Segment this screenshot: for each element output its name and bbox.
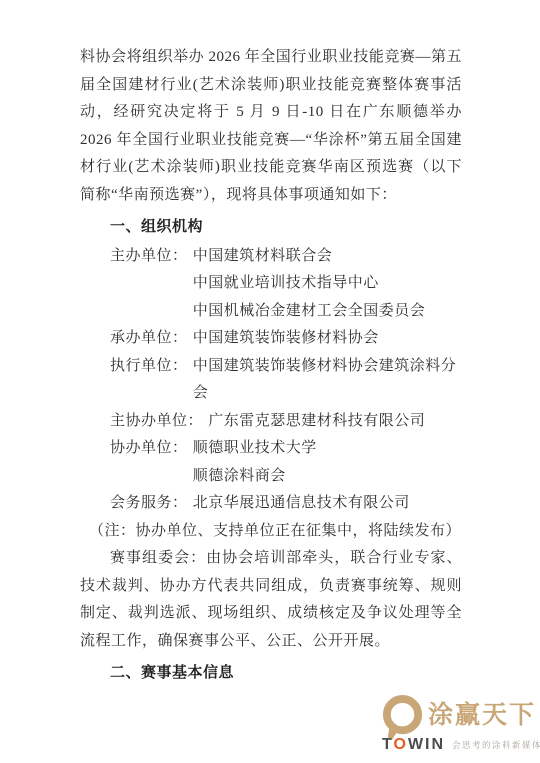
org-values: 中国建筑材料联合会 中国就业培训技术指导中心 中国机械冶金建材工会全国委员会 <box>193 243 462 326</box>
towin-logo-icon <box>379 694 426 741</box>
org-value: 中国就业培训技术指导中心 <box>193 270 462 298</box>
brand-name: TOWIN <box>382 736 445 754</box>
org-label: 主协办单位： <box>110 408 203 436</box>
org-label: 承办单位： <box>110 325 188 353</box>
org-values: 广东雷克瑟思建材科技有限公司 <box>208 408 462 436</box>
org-label: 会务服务： <box>110 490 188 518</box>
section-heading-basic-info: 二、赛事基本信息 <box>80 660 462 688</box>
notice-document-body: 料协会将组织举办 2026 年全国行业职业技能竞赛—第五届全国建材行业(艺术涂装… <box>80 44 462 689</box>
org-values: 顺德职业技术大学 顺德涂料商会 <box>193 435 462 490</box>
committee-paragraph: 赛事组委会：由协会培训部牵头，联合行业专家、技术裁判、协办方代表共同组成，负责赛… <box>80 545 462 655</box>
org-values: 中国建筑装饰装修材料协会建筑涂料分会 <box>193 353 462 408</box>
org-item-main-cohost: 主协办单位： 广东雷克瑟思建材科技有限公司 <box>80 408 462 436</box>
org-item-executor: 执行单位： 中国建筑装饰装修材料协会建筑涂料分会 <box>80 353 462 408</box>
org-value: 顺德职业技术大学 <box>193 435 462 463</box>
watermark-cn-text: 涂赢天下 <box>428 695 536 731</box>
org-value: 中国机械冶金建材工会全国委员会 <box>193 298 462 326</box>
org-item-conference-service: 会务服务： 北京华展迅通信息技术有限公司 <box>80 490 462 518</box>
org-item-cohost: 协办单位： 顺德职业技术大学 顺德涂料商会 <box>80 435 462 490</box>
brand-tagline: 会思考的涂料新媒体 <box>452 739 540 751</box>
org-value: 北京华展迅通信息技术有限公司 <box>193 490 462 518</box>
note-line: （注：协办单位、支持单位正在征集中，将陆续发布） <box>80 518 462 546</box>
section-heading-organization: 一、组织机构 <box>80 214 462 242</box>
intro-paragraph: 料协会将组织举办 2026 年全国行业职业技能竞赛—第五届全国建材行业(艺术涂装… <box>80 44 462 209</box>
org-value: 中国建筑装饰装修材料协会 <box>193 325 462 353</box>
watermark-brand-row: TOWIN 会思考的涂料新媒体 <box>382 736 540 754</box>
document-page: 料协会将组织举办 2026 年全国行业职业技能竞赛—第五届全国建材行业(艺术涂装… <box>0 0 540 763</box>
org-values: 中国建筑装饰装修材料协会 <box>193 325 462 353</box>
org-label: 协办单位： <box>110 435 188 463</box>
org-label: 主办单位： <box>110 243 188 271</box>
org-label: 执行单位： <box>110 353 188 381</box>
org-value: 广东雷克瑟思建材科技有限公司 <box>208 408 462 436</box>
org-values: 北京华展迅通信息技术有限公司 <box>193 490 462 518</box>
org-item-organizer: 承办单位： 中国建筑装饰装修材料协会 <box>80 325 462 353</box>
brand-o-letter: O <box>393 736 407 753</box>
org-item-host: 主办单位： 中国建筑材料联合会 中国就业培训技术指导中心 中国机械冶金建材工会全… <box>80 243 462 326</box>
org-value: 中国建筑材料联合会 <box>193 243 462 271</box>
org-value: 中国建筑装饰装修材料协会建筑涂料分会 <box>193 353 462 408</box>
org-value: 顺德涂料商会 <box>193 463 462 491</box>
towin-watermark: 涂赢天下 TOWIN 会思考的涂料新媒体 <box>379 693 539 761</box>
